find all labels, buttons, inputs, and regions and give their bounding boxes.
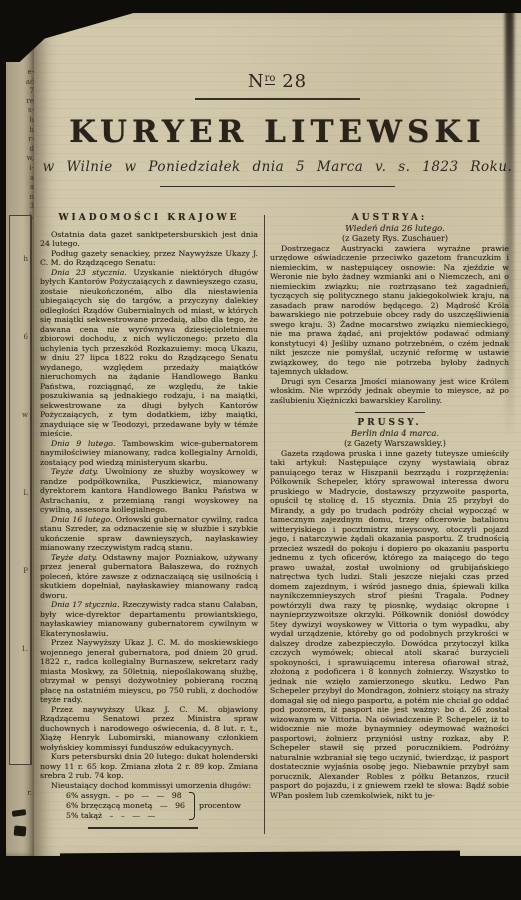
paragraph: Dnia 9 lutego.Tambowskim wice-gubernator… (40, 439, 258, 468)
paragraph: Ostatnia data gazet sanktpetersburskich … (40, 230, 258, 249)
paragraph: Kurs petersburski dnia 20 lutego: dukat … (40, 752, 258, 781)
table-brace-label: procentow (199, 801, 241, 811)
paragraph: Dnia 23 stycznia.Uzyskanie niektórych dł… (40, 268, 258, 439)
newspaper-scan: e- ać 7 re s- h h r- d w, i- a a n 3 i, … (0, 0, 521, 900)
article-dateline: Wiedeń dnia 26 lutego. (270, 224, 509, 234)
paragraph: Nieustaiący dochod kommissyi umorzenia d… (40, 781, 258, 791)
table-brace (189, 792, 195, 820)
exchange-rate-table: 6% assygn. – po — — 98 6% brzęczącą mone… (66, 791, 258, 821)
ink-smudge (12, 809, 27, 817)
paragraph: Przez Naywyższy Ukaz J. C. M. do moskiew… (40, 638, 258, 705)
masthead: Nro 28 KURYER LITEWSKI w Wilnie w Ponied… (34, 71, 521, 187)
gutter-table-fragments: h 6 w L P 1. (21, 220, 28, 688)
masthead-rule (195, 98, 360, 100)
paragraph: Gazeta rządowa pruska i inne gazety tute… (270, 449, 509, 801)
paragraph: Dnia 16 lutego.Orłowski gubernator cywil… (40, 515, 258, 553)
gutter-text-fragments: e- ać 7 re s- h h r- d w, i- a a n 3 i, (26, 68, 34, 222)
paragraph: Teyże daty.Odstawny major Pozniakow, uży… (40, 553, 258, 601)
column-divider-rule (264, 215, 265, 834)
issue-ordinal-suffix: ro (265, 73, 276, 85)
paragraph: Podług gazety senackiey, przez Naywyższe… (40, 249, 258, 268)
article-source: (z Gazety Warszawskiey.) (270, 439, 509, 449)
paragraph: Przez naywyższy Ukaz J. C. M. objawiony … (40, 705, 258, 753)
issue-number: Nro 28 (34, 71, 521, 92)
exchange-rate-rows: 6% assygn. – po — — 98 6% brzęczącą mone… (66, 791, 185, 821)
page-edge-shadow (505, 10, 514, 440)
masthead-bottom-rule (160, 186, 395, 188)
gutter-table-edge: h 6 w L P 1. (9, 215, 32, 765)
newspaper-title: KURYER LITEWSKI (34, 114, 521, 150)
article-dateline: Berlin dnia 4 marca. (270, 429, 509, 439)
ink-smudge (14, 825, 27, 836)
right-column: AUSTRYA: Wiedeń dnia 26 lutego. (z Gazet… (270, 211, 513, 844)
adjacent-page-edge: e- ać 7 re s- h h r- d w, i- a a n 3 i, … (6, 10, 36, 856)
section-divider-rule (355, 412, 425, 413)
table-row: 6% assygn. – po — — 98 (66, 791, 185, 801)
issue-prefix: N (248, 71, 265, 92)
table-row: 5% takąż – – — — (66, 811, 185, 821)
section-end-rule (88, 827, 198, 829)
masthead-dateline: w Wilnie w Poniedziałek dnia 5 Marca v. … (34, 159, 521, 175)
paragraph: Dostrzegacz Austryacki zawiera wyraźne p… (270, 244, 509, 377)
paragraph: Dnia 17 stycznia.Rzeczywisty radca stanu… (40, 600, 258, 638)
newspaper-page: Nro 28 KURYER LITEWSKI w Wilnie w Ponied… (34, 13, 521, 856)
scan-border-bottom (0, 856, 521, 900)
left-column: WIADOMOŚCI KRAJOWE Ostatnia data gazet s… (40, 211, 258, 844)
gutter-footer-fragment: r. (27, 788, 32, 798)
issue-value: 28 (282, 71, 307, 92)
column-layout: WIADOMOŚCI KRAJOWE Ostatnia data gazet s… (40, 211, 513, 844)
paragraph: Drugi syn Cesarza Jmości mianowany jest … (270, 377, 509, 406)
section-heading-prussia: PRUSSY. (270, 419, 509, 429)
section-heading-domestic-news: WIADOMOŚCI KRAJOWE (40, 214, 258, 224)
article-source: (z Gazety Rys. Zuschauer) (270, 234, 509, 244)
section-heading-austria: AUSTRYA: (270, 214, 509, 224)
table-row: 6% brzęczącą monetą — 96 (66, 801, 185, 811)
paragraph: Teyże daty.Uwolniony ze służby woyskowey… (40, 467, 258, 515)
